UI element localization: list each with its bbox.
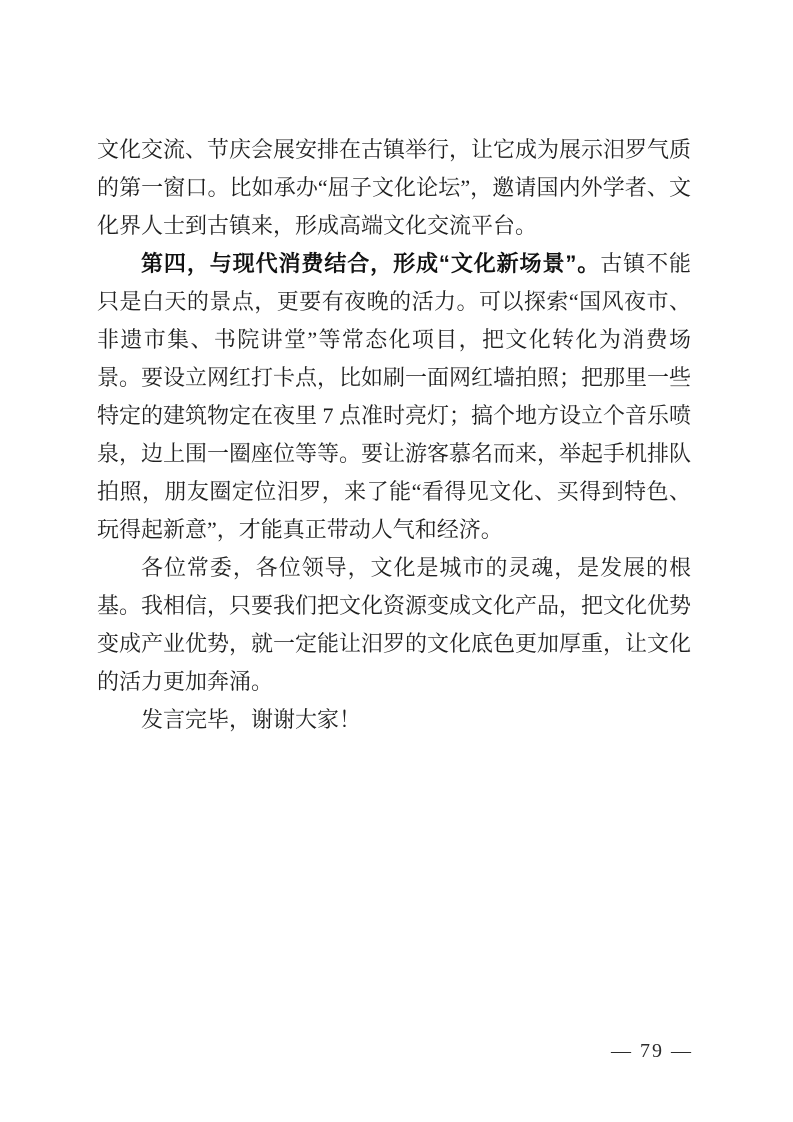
paragraph: 文化交流、节庆会展安排在古镇举行，让它成为展示汨罗气质的第一窗口。比如承办“屈子… xyxy=(97,131,691,245)
body-text: 文化交流、节庆会展安排在古镇举行，让它成为展示汨罗气质的第一窗口。比如承办“屈子… xyxy=(97,137,691,238)
bold-heading-text: 第四，与现代消费结合，形成“文化新场景”。 xyxy=(141,251,600,276)
body-text: 发言完毕，谢谢大家！ xyxy=(141,707,361,732)
body-text: 古镇不能只是白天的景点，更要有夜晚的活力。可以探索“国风夜市、非遗市集、书院讲堂… xyxy=(97,251,691,542)
page-number: — 79 — xyxy=(611,1040,693,1063)
document-body: 文化交流、节庆会展安排在古镇举行，让它成为展示汨罗气质的第一窗口。比如承办“屈子… xyxy=(97,131,691,739)
paragraph: 各位常委，各位领导，文化是城市的灵魂，是发展的根基。我相信，只要我们把文化资源变… xyxy=(97,549,691,701)
paragraph: 发言完毕，谢谢大家！ xyxy=(97,701,691,739)
body-text: 各位常委，各位领导，文化是城市的灵魂，是发展的根基。我相信，只要我们把文化资源变… xyxy=(97,555,691,694)
document-page: 文化交流、节庆会展安排在古镇举行，让它成为展示汨罗气质的第一窗口。比如承办“屈子… xyxy=(0,0,793,1122)
paragraph: 第四，与现代消费结合，形成“文化新场景”。古镇不能只是白天的景点，更要有夜晚的活… xyxy=(97,245,691,549)
